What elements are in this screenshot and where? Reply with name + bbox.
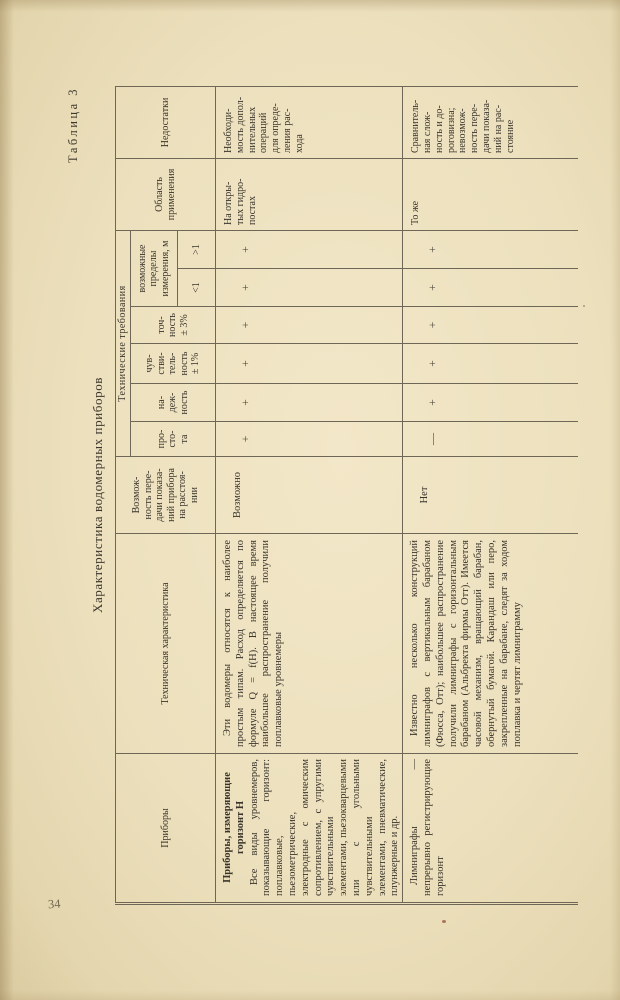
col-group-measurement-limits: возможные пределы измерения, м	[131, 230, 178, 306]
paper-speck	[583, 305, 585, 307]
tech-characteristic-text: Известно несколько конструкций лимниграф…	[409, 540, 524, 747]
col-header-sensitivity: чув- стви- тель- ность ± 1%	[131, 344, 216, 384]
cell-limit-lt1: +	[216, 269, 403, 307]
cell-application: На откры- тых гидро- постах	[216, 158, 403, 230]
cell-accuracy: +	[403, 307, 578, 344]
cell-remote-transmission: Возможно	[216, 457, 403, 534]
device-description: Лимниграфы — непрерывно регистрирующие г…	[409, 759, 447, 896]
col-header-application: Область применения	[116, 158, 216, 230]
cell-reliability: +	[216, 384, 403, 422]
cell-limit-gt1: +	[403, 230, 578, 268]
col-header-drawbacks: Недостатки	[116, 86, 216, 158]
col-header-tech-characteristic: Техническая характеристика	[116, 534, 216, 754]
col-header-devices: Приборы	[116, 754, 216, 904]
cell-sensitivity: +	[403, 344, 578, 384]
device-description: Все виды уровнемеров, показывающие гориз…	[249, 759, 403, 896]
cell-limit-lt1: +	[403, 269, 578, 307]
table-row-limnigraphs: Лимниграфы — непрерывно регистрирующие г…	[403, 86, 578, 903]
col-header-limit-gt1: >1	[178, 230, 216, 268]
table-caption: Таблица 3	[65, 85, 81, 905]
col-header-simplicity: про- сто- та	[131, 422, 216, 457]
table-row-level-gauges: Приборы, измеряющие горизонт Н Все виды …	[216, 86, 403, 903]
rotated-table-block: Таблица 3 Характеристика водомерных приб…	[65, 85, 575, 905]
cell-simplicity: —	[403, 422, 578, 457]
page-number: 34	[47, 897, 61, 913]
water-devices-table: Приборы Техническая характеристика Возмо…	[115, 86, 578, 905]
cell-devices: Лимниграфы — непрерывно регистрирующие г…	[403, 754, 578, 904]
col-header-reliability: на- деж- ность	[131, 384, 216, 422]
cell-accuracy: +	[216, 307, 403, 344]
cell-sensitivity: +	[216, 344, 403, 384]
cell-reliability: +	[403, 384, 578, 422]
cell-tech-characteristic: Эти водомеры относятся к наиболее просты…	[216, 534, 403, 754]
col-header-accuracy: точ- ность ± 3%	[131, 307, 216, 344]
cell-tech-characteristic: Известно несколько конструкций лимниграф…	[403, 534, 578, 754]
col-header-remote-transmission: Возмож- ность пере- дачи показа- ний при…	[116, 457, 216, 534]
table-title: Характеристика водомерных приборов	[81, 85, 113, 905]
col-header-limit-lt1: <1	[178, 269, 216, 307]
cell-drawbacks: Сравнитель- ная слож- ность и до- рогови…	[403, 86, 578, 158]
col-group-tech-requirements: Технические требования	[116, 230, 131, 456]
tech-characteristic-text: Эти водомеры относятся к наиболее просты…	[222, 540, 286, 747]
cell-remote-transmission: Нет	[403, 457, 578, 534]
cell-limit-gt1: +	[216, 230, 403, 268]
device-title: Приборы, измеряющие горизонт Н	[222, 759, 248, 896]
cell-drawbacks: Необходи- мость допол- нительных операци…	[216, 86, 403, 158]
book-page-scan: Таблица 3 Характеристика водомерных приб…	[0, 0, 620, 1000]
paper-speck	[442, 920, 446, 923]
cell-devices: Приборы, измеряющие горизонт Н Все виды …	[216, 754, 403, 904]
cell-application: То же	[403, 158, 578, 230]
cell-simplicity: +	[216, 422, 403, 457]
